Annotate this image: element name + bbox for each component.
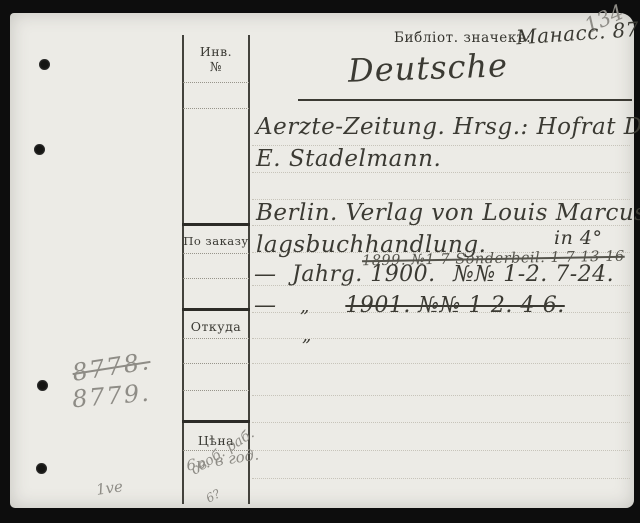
punch-hole: [37, 380, 48, 391]
title-underline: [298, 99, 632, 101]
ruled-line: [252, 478, 630, 479]
origin-label: Откуда: [182, 319, 250, 334]
entry-line-1: Aerzte-Zeitung. Hrsg.: Hofrat Dr.: [256, 114, 640, 140]
inventory-label-line1: Инв.: [182, 44, 250, 59]
year-1900: Jahrg. 1900.: [292, 262, 436, 287]
column-ruled-line: [183, 338, 249, 339]
inventory-label-line2: №: [182, 59, 250, 74]
ruled-line: [252, 172, 630, 173]
section-divider: [182, 223, 250, 226]
punch-hole: [39, 59, 50, 70]
punch-hole: [34, 144, 45, 155]
ruled-line: [252, 395, 630, 396]
column-ruled-line: [183, 278, 249, 279]
section-divider: [182, 308, 250, 311]
scanned-catalog-card-page: { "meta": { "page_number_pencil": "134" …: [0, 0, 640, 523]
order-label: По заказу: [182, 234, 250, 248]
column-ruled-line: [183, 82, 249, 83]
entry-line-2: E. Stadelmann.: [256, 146, 441, 172]
dash-mark: —: [254, 293, 277, 318]
ditto-mark: „: [300, 296, 310, 317]
punch-hole: [36, 463, 47, 474]
inventory-number-label: Инв. №: [182, 44, 250, 74]
library-stamp-label: Библіот. значекъ:: [394, 30, 531, 46]
column-ruled-line: [183, 253, 249, 254]
holdings-row-1900: — Jahrg. 1900. №№ 1-2. 7-24.: [254, 262, 614, 287]
price-note-3: 6?: [204, 487, 223, 506]
holdings-row-1901: — „ 1901. №№ 1-2. 4-6.: [254, 293, 565, 318]
issues-1900: №№ 1-2. 7-24.: [453, 262, 614, 287]
corner-pencil-mark: 1ve: [95, 477, 124, 499]
column-ruled-line: [183, 390, 249, 391]
shelf-number: 8779.: [71, 379, 152, 414]
ditto-mark: „: [302, 325, 312, 346]
catalog-card: Инв. № По заказу Откуда Цѣна 134 Библіот…: [10, 13, 634, 508]
entry-line-3: Berlin. Verlag von Louis Marcus Ver-: [256, 200, 640, 226]
ruled-line: [252, 422, 630, 423]
ruled-line: [252, 450, 630, 451]
format-note: in 4°: [554, 227, 602, 249]
ruled-line: [252, 363, 630, 364]
section-divider: [182, 420, 250, 423]
column-ruled-line: [183, 363, 249, 364]
struck-1901: 1901. №№ 1-2. 4-6.: [345, 293, 564, 318]
entry-title: Deutsche: [347, 46, 508, 90]
column-ruled-line: [183, 108, 249, 109]
dash-mark: —: [254, 262, 277, 287]
library-stamp-value: Манасс. 8779.: [515, 15, 640, 50]
